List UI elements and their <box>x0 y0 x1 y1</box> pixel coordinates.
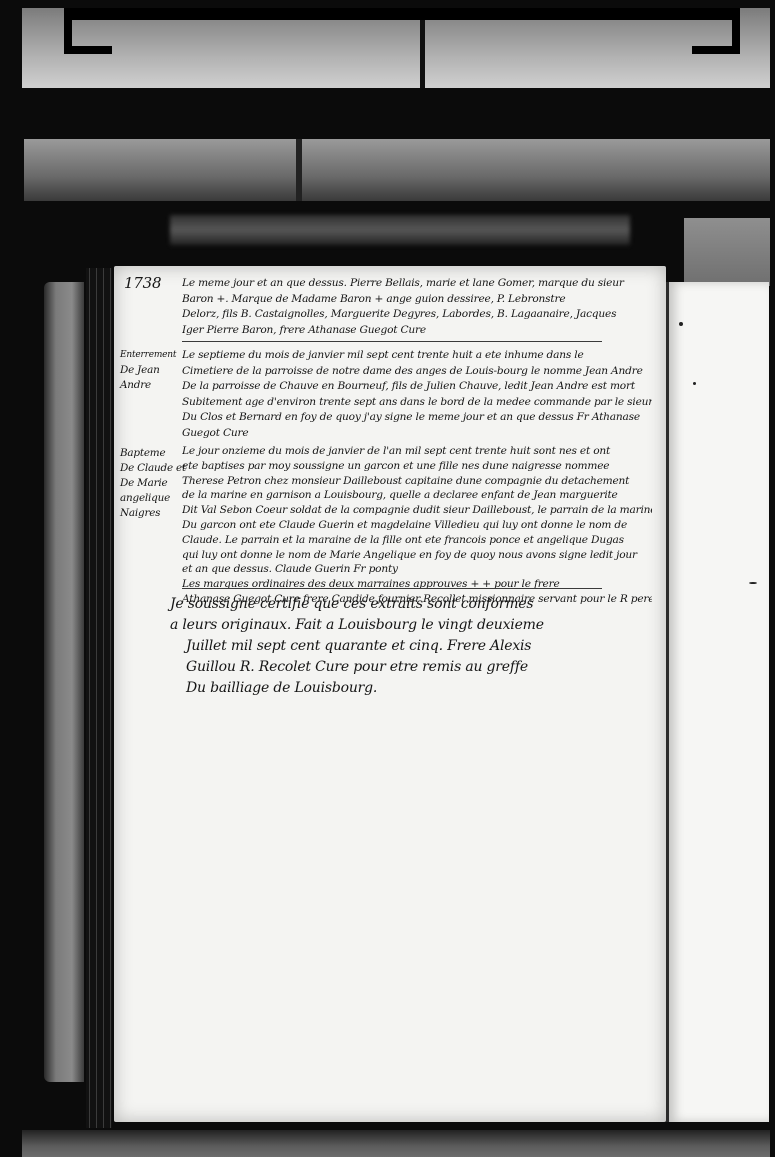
facing-page-blank <box>669 282 769 1122</box>
margin-note-line: Bapteme <box>120 446 180 461</box>
margin-note-line: Andre <box>120 378 180 393</box>
book-page-stack <box>44 282 84 1082</box>
entry-line: Le septieme du mois de janvier mil sept … <box>182 348 652 364</box>
entry-line: Subitement age d'environ trente sept ans… <box>182 395 652 411</box>
margin-note-baptism: Bapteme De Claude et De Marie angelique … <box>120 446 180 521</box>
entry-line: De la parroisse de Chauve en Bourneuf, f… <box>182 379 652 395</box>
book-top-edge-band <box>24 139 770 201</box>
entry-line: Baron +. Marque de Madame Baron + ange g… <box>182 292 652 308</box>
ink-spot <box>693 382 696 385</box>
frame-bar <box>64 8 740 20</box>
entry-line: Le jour onzieme du mois de janvier de l'… <box>182 444 652 459</box>
certification-line: Guillou R. Recolet Cure pour etre remis … <box>170 657 660 678</box>
entry-line: Du Clos et Bernard en foy de quoy j'ay s… <box>182 410 652 426</box>
certification-block: Je soussigne certifie que ces extraits s… <box>170 594 660 699</box>
margin-note-line: De Claude et <box>120 461 180 476</box>
entry-divider <box>182 588 602 589</box>
entry-line: Iger Pierre Baron, frere Athanase Guegot… <box>182 323 652 339</box>
year-header: 1738 <box>124 274 161 292</box>
next-frame-band <box>22 1130 770 1157</box>
margin-note-line: Enterrement <box>120 348 180 363</box>
entry-line: Delorz, fils B. Castaignolles, Marguerit… <box>182 307 652 323</box>
entry-divider <box>182 341 602 342</box>
certification-line: Je soussigne certifie que ces extraits s… <box>170 594 660 615</box>
entry-line: Dit Val Sebon Coeur soldat de la compagn… <box>182 503 652 518</box>
certification-line: Du bailliage de Louisbourg. <box>170 678 660 699</box>
previous-frame-band <box>22 8 770 88</box>
margin-note-line: angelique <box>120 491 180 506</box>
entry-marriage-continuation: Le meme jour et an que dessus. Pierre Be… <box>182 276 652 338</box>
register-page: 1738 Le meme jour et an que dessus. Pier… <box>114 266 666 1122</box>
entry-line: Du garcon ont ete Claude Guerin et magde… <box>182 518 652 533</box>
page-top-shadow <box>170 215 630 245</box>
ink-spot <box>679 322 683 326</box>
entry-line: Les marques ordinaires des deux marraine… <box>182 577 652 592</box>
entry-baptism-claude-marie-angelique: Le jour onzieme du mois de janvier de l'… <box>182 444 652 607</box>
entry-burial-jean-andre: Le septieme du mois de janvier mil sept … <box>182 348 652 441</box>
entry-line: ete baptises par moy soussigne un garcon… <box>182 459 652 474</box>
frame-bracket-right <box>692 8 740 54</box>
frame-bracket-left <box>64 8 112 54</box>
margin-note-line: De Jean <box>120 363 180 378</box>
entry-line: de la marine en garnison a Louisbourg, q… <box>182 488 652 503</box>
certification-line: Juillet mil sept cent quarante et cinq. … <box>170 636 660 657</box>
right-page-flap <box>684 218 770 286</box>
ink-spot <box>749 582 757 584</box>
entry-line: Cimetiere de la parroisse de notre dame … <box>182 364 652 380</box>
margin-note-line: Naigres <box>120 506 180 521</box>
entry-line: et an que dessus. Claude Guerin Fr ponty <box>182 562 652 577</box>
entry-line: qui luy ont donne le nom de Marie Angeli… <box>182 548 652 563</box>
entry-line: Le meme jour et an que dessus. Pierre Be… <box>182 276 652 292</box>
frame-seam <box>420 20 425 88</box>
book-spine-edges <box>86 268 112 1128</box>
entry-line: Therese Petron chez monsieur Dailleboust… <box>182 474 652 489</box>
margin-note-burial: Enterrement De Jean Andre <box>120 348 180 393</box>
certification-line: a leurs originaux. Fait a Louisbourg le … <box>170 615 660 636</box>
margin-note-line: De Marie <box>120 476 180 491</box>
entry-line: Claude. Le parrain et la maraine de la f… <box>182 533 652 548</box>
entry-line: Guegot Cure <box>182 426 652 442</box>
band-seam <box>296 139 302 201</box>
